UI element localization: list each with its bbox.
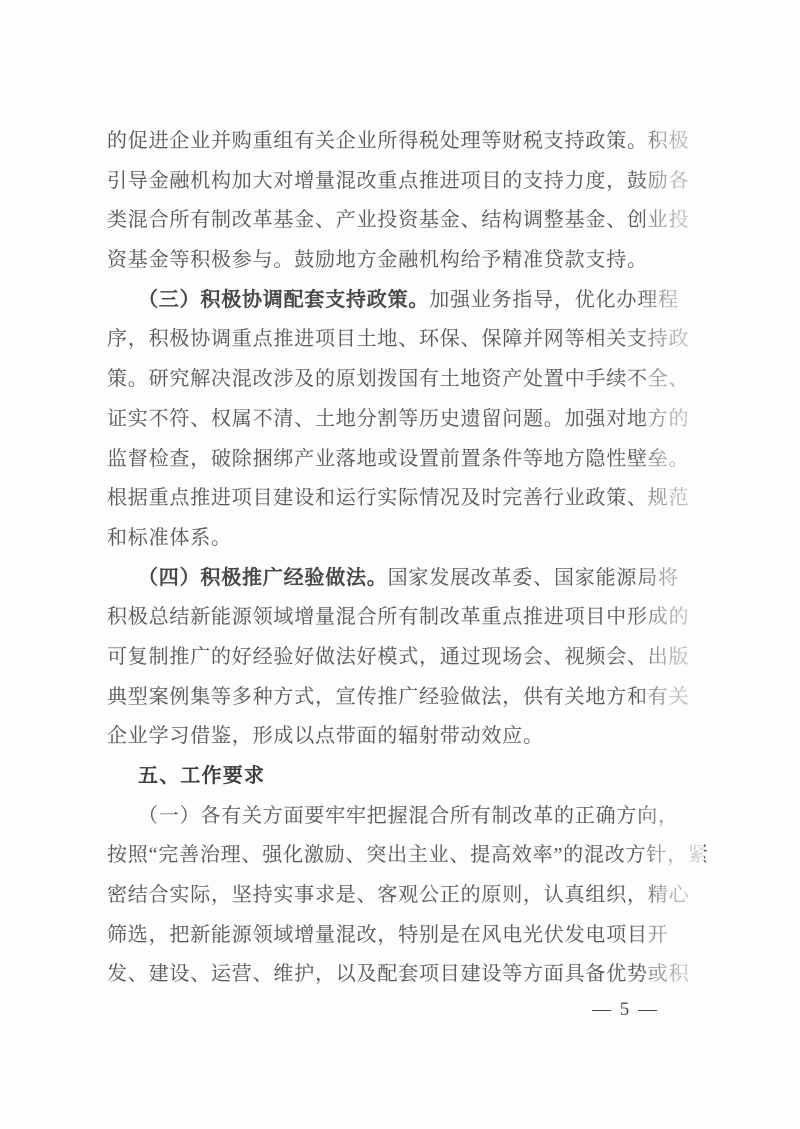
text-line: （四）积极推广经验做法。国家发展改革委、国家能源局将: [107, 559, 727, 599]
text-line: 证实不符、权属不清、土地分割等历史遗留问题。加强对地方的: [107, 400, 727, 440]
text-line: （一）各有关方面要牢牢把握混合所有制改革的正确方向，: [107, 797, 727, 837]
bold-lead: （四）积极推广经验做法。: [138, 567, 388, 589]
page-number: — 5 —: [592, 996, 692, 1024]
line-text: 筛选，把新能源领域增量混改，特别是在风电光伏发电项目开: [107, 924, 669, 946]
line-text: 策。研究解决混改涉及的原划拨国有土地资产处置中手续不全、: [107, 368, 689, 390]
text-line: 监督检查，破除捆绑产业落地或设置前置条件等地方隐性壁垒。: [107, 440, 727, 480]
line-text: 证实不符、权属不清、土地分割等历史遗留问题。加强对地方的: [107, 408, 689, 430]
line-text: 典型案例集等多种方式，宣传推广经验做法，供有关地方和有关: [107, 686, 689, 708]
text-line: 积极总结新能源领域增量混合所有制改革重点推进项目中形成的: [107, 598, 727, 638]
line-text: 密结合实际，坚持实事求是、客观公正的原则，认真组织，精心: [107, 884, 689, 906]
line-text: 的促进企业并购重组有关企业所得税处理等财税支持政策。积极: [107, 130, 689, 152]
text-line: 资基金等积极参与。鼓励地方金融机构给予精准贷款支持。: [107, 241, 727, 281]
text-line: 按照“完善治理、强化激励、突出主业、提高效率”的混改方针，紧: [107, 836, 727, 876]
line-text: 监督检查，破除捆绑产业落地或设置前置条件等地方隐性壁垒。: [107, 448, 689, 470]
line-text: 序，积极协调重点推进项目土地、环保、保障并网等相关支持政: [107, 328, 689, 350]
document-body: 的促进企业并购重组有关企业所得税处理等财税支持政策。积极引导金融机构加大对增量混…: [107, 122, 727, 995]
line-text: 引导金融机构加大对增量混改重点推进项目的支持力度，鼓励各: [107, 170, 689, 192]
text-line: 引导金融机构加大对增量混改重点推进项目的支持力度，鼓励各: [107, 162, 727, 202]
line-text: 按照“完善治理、强化激励、突出主业、提高效率”的混改方针，紧: [107, 844, 709, 866]
text-line: （三）积极协调配套支持政策。加强业务指导，优化办理程: [107, 281, 727, 321]
text-line: 和标准体系。: [107, 519, 727, 559]
line-text: 和标准体系。: [107, 527, 232, 549]
line-text: 类混合所有制改革基金、产业投资基金、结构调整基金、创业投: [107, 209, 689, 231]
document-page: 的促进企业并购重组有关企业所得税处理等财税支持政策。积极引导金融机构加大对增量混…: [0, 0, 800, 1129]
line-text: 根据重点推进项目建设和运行实际情况及时完善行业政策、规范: [107, 487, 689, 509]
text-line: 企业学习借鉴，形成以点带面的辐射带动效应。: [107, 717, 727, 757]
text-line: 序，积极协调重点推进项目土地、环保、保障并网等相关支持政: [107, 320, 727, 360]
line-text: 企业学习借鉴，形成以点带面的辐射带动效应。: [107, 725, 544, 747]
bold-lead: （三）积极协调配套支持政策。: [138, 289, 429, 311]
text-line: 筛选，把新能源领域增量混改，特别是在风电光伏发电项目开: [107, 916, 727, 956]
text-line: 可复制推广的好经验好做法好模式，通过现场会、视频会、出版: [107, 638, 727, 678]
line-text: 可复制推广的好经验好做法好模式，通过现场会、视频会、出版: [107, 646, 689, 668]
text-line: 根据重点推进项目建设和运行实际情况及时完善行业政策、规范: [107, 479, 727, 519]
text-line: 的促进企业并购重组有关企业所得税处理等财税支持政策。积极: [107, 122, 727, 162]
line-text: （一）各有关方面要牢牢把握混合所有制改革的正确方向，: [138, 805, 679, 827]
line-text: 五、工作要求: [138, 765, 265, 787]
line-text: 积极总结新能源领域增量混合所有制改革重点推进项目中形成的: [107, 606, 689, 628]
text-line: 策。研究解决混改涉及的原划拨国有土地资产处置中手续不全、: [107, 360, 727, 400]
text-line: 密结合实际，坚持实事求是、客观公正的原则，认真组织，精心: [107, 876, 727, 916]
text-line: 类混合所有制改革基金、产业投资基金、结构调整基金、创业投: [107, 201, 727, 241]
text-line: 典型案例集等多种方式，宣传推广经验做法，供有关地方和有关: [107, 678, 727, 718]
text-line: 发、建设、运营、维护，以及配套项目建设等方面具备优势或积: [107, 955, 727, 995]
line-text: 发、建设、运营、维护，以及配套项目建设等方面具备优势或积: [107, 963, 689, 985]
line-text: 国家发展改革委、国家能源局将: [388, 567, 679, 589]
section-heading: 五、工作要求: [107, 757, 727, 797]
line-text: 资基金等积极参与。鼓励地方金融机构给予精准贷款支持。: [107, 249, 648, 271]
line-text: 加强业务指导，优化办理程: [429, 289, 679, 311]
